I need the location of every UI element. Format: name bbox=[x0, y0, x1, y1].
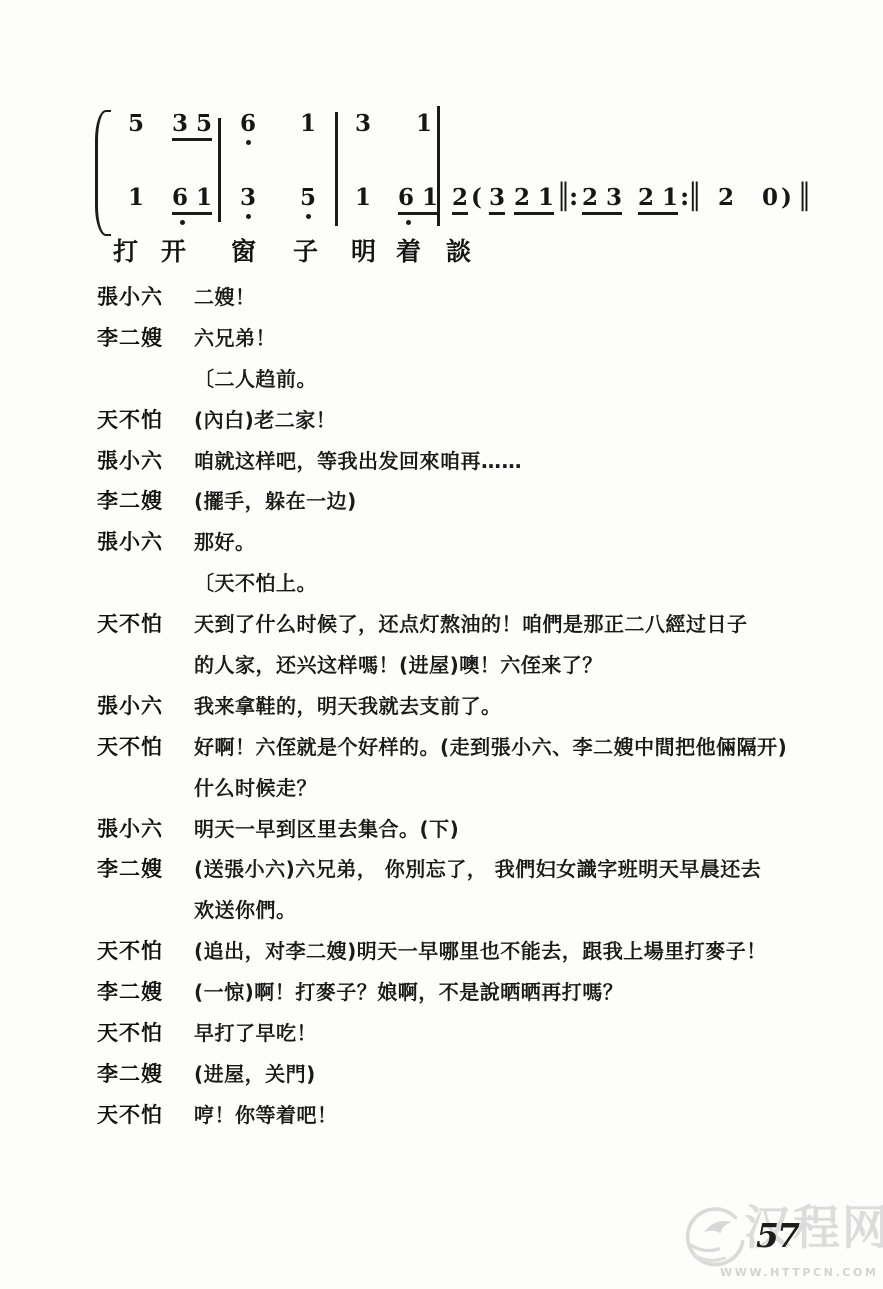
speech-text: (內白)老二家！ bbox=[194, 404, 336, 433]
speech-text: (一惊)啊！打麥子？娘啊，不是說晒晒再打嗎？ bbox=[194, 976, 623, 1005]
octave-dot bbox=[246, 214, 251, 219]
system-bracket bbox=[95, 110, 111, 236]
dialogue-line: 李二嫂 (送張小六)六兄弟， 你別忘了， 我們妇女識字班明天早晨还去 bbox=[97, 853, 857, 894]
octave-dot bbox=[406, 220, 411, 225]
dialogue-line: 李二嫂 六兄弟！ bbox=[97, 322, 857, 363]
note-token: 1 bbox=[355, 186, 371, 209]
dialogue-line: 欢送你們。 bbox=[97, 894, 857, 935]
note-token: 5 bbox=[300, 186, 316, 209]
dialogue-line: 天不怕 早打了早吃！ bbox=[97, 1017, 857, 1058]
speaker-name: 張小六 bbox=[97, 526, 194, 556]
speech-text: (送張小六)六兄弟， 你別忘了， 我們妇女識字班明天早晨还去 bbox=[194, 853, 761, 882]
httpcn-logo-icon bbox=[678, 1199, 752, 1273]
speaker-name: 張小六 bbox=[97, 445, 194, 475]
dialogue-line: 李二嫂 (进屋，关門) bbox=[97, 1058, 857, 1099]
dialogue-line: 張小六 那好。 bbox=[97, 526, 857, 567]
speech-text: 天到了什么时候了，还点灯熬油的！咱們是那正二八經过日子 bbox=[194, 608, 748, 637]
speech-text: 哼！你等着吧！ bbox=[194, 1099, 338, 1128]
note-token: ) bbox=[781, 186, 792, 209]
note-token: :║ bbox=[680, 184, 700, 209]
note-token: 3 5 bbox=[172, 112, 212, 141]
speaker-name: 天不怕 bbox=[97, 608, 194, 638]
note-token: 5 bbox=[128, 112, 144, 135]
note-token: ( bbox=[471, 186, 482, 209]
lyric-char: 开 bbox=[161, 232, 186, 268]
speech-text: 的人家，还兴这样嗎！(进屋)噢！六侄来了？ bbox=[194, 649, 603, 678]
dialogue-line: 天不怕 哼！你等着吧！ bbox=[97, 1099, 857, 1140]
dialogue-line: 什么时候走？ bbox=[97, 772, 857, 813]
speech-text: (进屋，关門) bbox=[194, 1058, 316, 1087]
octave-dot bbox=[246, 140, 251, 145]
dialogue-line: 天不怕 (追出，对李二嫂)明天一早哪里也不能去，跟我上場里打麥子！ bbox=[97, 935, 857, 976]
scanned-script-page: 53 56131 16 13516 12(32 1║:2 32 1:║20)║ … bbox=[0, 0, 883, 1289]
lyric-char: 明 bbox=[351, 232, 376, 268]
barline bbox=[218, 118, 221, 222]
dialogue-line: 〔二人趋前。 bbox=[97, 363, 857, 404]
speaker-name: 張小六 bbox=[97, 281, 194, 311]
note-token: 1 bbox=[128, 186, 144, 209]
speech-text: 咱就这样吧，等我出发回來咱再…… bbox=[194, 445, 522, 474]
speaker-name: 李二嫂 bbox=[97, 322, 194, 352]
page-number: 57 bbox=[756, 1216, 798, 1255]
octave-dot bbox=[180, 220, 185, 225]
dialogue-line: 張小六 二嫂！ bbox=[97, 281, 857, 322]
lyric-char: 子 bbox=[293, 232, 318, 268]
lyric-char: 打 bbox=[113, 232, 138, 268]
speech-text: 早打了早吃！ bbox=[194, 1017, 317, 1046]
speaker-name: 天不怕 bbox=[97, 404, 194, 434]
note-token: 6 1 bbox=[172, 186, 212, 215]
speaker-name: 天不怕 bbox=[97, 935, 194, 965]
dialogue-block: 張小六 二嫂！ 李二嫂 六兄弟！ 〔二人趋前。 天不怕 (內白)老二家！ 張小六… bbox=[97, 281, 857, 1140]
speaker-name: 李二嫂 bbox=[97, 1058, 194, 1088]
speaker-name: 天不怕 bbox=[97, 1017, 194, 1047]
lyric-char: 着 bbox=[396, 232, 421, 268]
note-token: 0 bbox=[762, 186, 778, 209]
speech-text: 那好。 bbox=[194, 526, 256, 555]
barline bbox=[437, 106, 440, 226]
dialogue-line: 張小六 明天一早到区里去集合。(下) bbox=[97, 813, 857, 854]
speech-text: (擺手，躲在一边) bbox=[194, 485, 357, 514]
speaker-name: 李二嫂 bbox=[97, 976, 194, 1006]
speaker-name: 天不怕 bbox=[97, 731, 194, 761]
note-token: 3 bbox=[240, 186, 256, 209]
speaker-name: 李二嫂 bbox=[97, 853, 194, 883]
note-token: 2 3 bbox=[582, 186, 622, 215]
note-token: 2 bbox=[718, 186, 734, 209]
speaker-name: 張小六 bbox=[97, 813, 194, 843]
speech-text: 什么时候走？ bbox=[194, 772, 317, 801]
dialogue-line: 〔天不怕上。 bbox=[97, 567, 857, 608]
speech-text: (追出，对李二嫂)明天一早哪里也不能去，跟我上場里打麥子！ bbox=[194, 935, 767, 964]
dialogue-line: 天不怕 (內白)老二家！ bbox=[97, 404, 857, 445]
speech-text: 〔二人趋前。 bbox=[194, 363, 317, 392]
speech-text: 明天一早到区里去集合。(下) bbox=[194, 813, 459, 842]
music-notation-system: 53 56131 16 13516 12(32 1║:2 32 1:║20)║ … bbox=[0, 0, 883, 280]
speaker-name: 李二嫂 bbox=[97, 485, 194, 515]
dialogue-line: 李二嫂 (一惊)啊！打麥子？娘啊，不是說晒晒再打嗎？ bbox=[97, 976, 857, 1017]
dialogue-line: 張小六 我来拿鞋的，明天我就去支前了。 bbox=[97, 690, 857, 731]
speech-text: 我来拿鞋的，明天我就去支前了。 bbox=[194, 690, 502, 719]
speech-text: 〔天不怕上。 bbox=[194, 567, 317, 596]
note-token: 2 bbox=[452, 186, 468, 215]
note-token: 1 bbox=[300, 112, 316, 135]
dialogue-line: 的人家，还兴这样嗎！(进屋)噢！六侄来了？ bbox=[97, 649, 857, 690]
octave-dot bbox=[306, 214, 311, 219]
note-token: ║: bbox=[556, 184, 576, 209]
speech-text: 好啊！六侄就是个好样的。(走到張小六、李二嫂中間把他倆隔开) bbox=[194, 731, 787, 760]
speech-text: 欢送你們。 bbox=[194, 894, 297, 923]
note-token: 6 1 bbox=[398, 186, 438, 215]
note-token: 3 bbox=[355, 112, 371, 135]
speech-text: 二嫂！ bbox=[194, 281, 256, 310]
note-token: 2 1 bbox=[514, 186, 554, 215]
speaker-name: 張小六 bbox=[97, 690, 194, 720]
note-token: 3 bbox=[489, 186, 505, 215]
dialogue-line: 李二嫂 (擺手，躲在一边) bbox=[97, 485, 857, 526]
speech-text: 六兄弟！ bbox=[194, 322, 276, 351]
watermark-url: WWW.HTTPCN.COM bbox=[720, 1266, 878, 1279]
dialogue-line: 張小六 咱就这样吧，等我出发回來咱再…… bbox=[97, 445, 857, 486]
note-token: 2 1 bbox=[638, 186, 678, 215]
lyric-char: 談 bbox=[446, 232, 471, 268]
lyric-char: 窗 bbox=[231, 232, 256, 268]
note-token: ║ bbox=[797, 184, 810, 209]
note-token: 1 bbox=[416, 112, 432, 135]
dialogue-line: 天不怕 天到了什么时候了，还点灯熬油的！咱們是那正二八經过日子 bbox=[97, 608, 857, 649]
note-token: 6 bbox=[240, 112, 256, 135]
speaker-name: 天不怕 bbox=[97, 1099, 194, 1129]
dialogue-line: 天不怕 好啊！六侄就是个好样的。(走到張小六、李二嫂中間把他倆隔开) bbox=[97, 731, 857, 772]
barline bbox=[335, 112, 338, 226]
